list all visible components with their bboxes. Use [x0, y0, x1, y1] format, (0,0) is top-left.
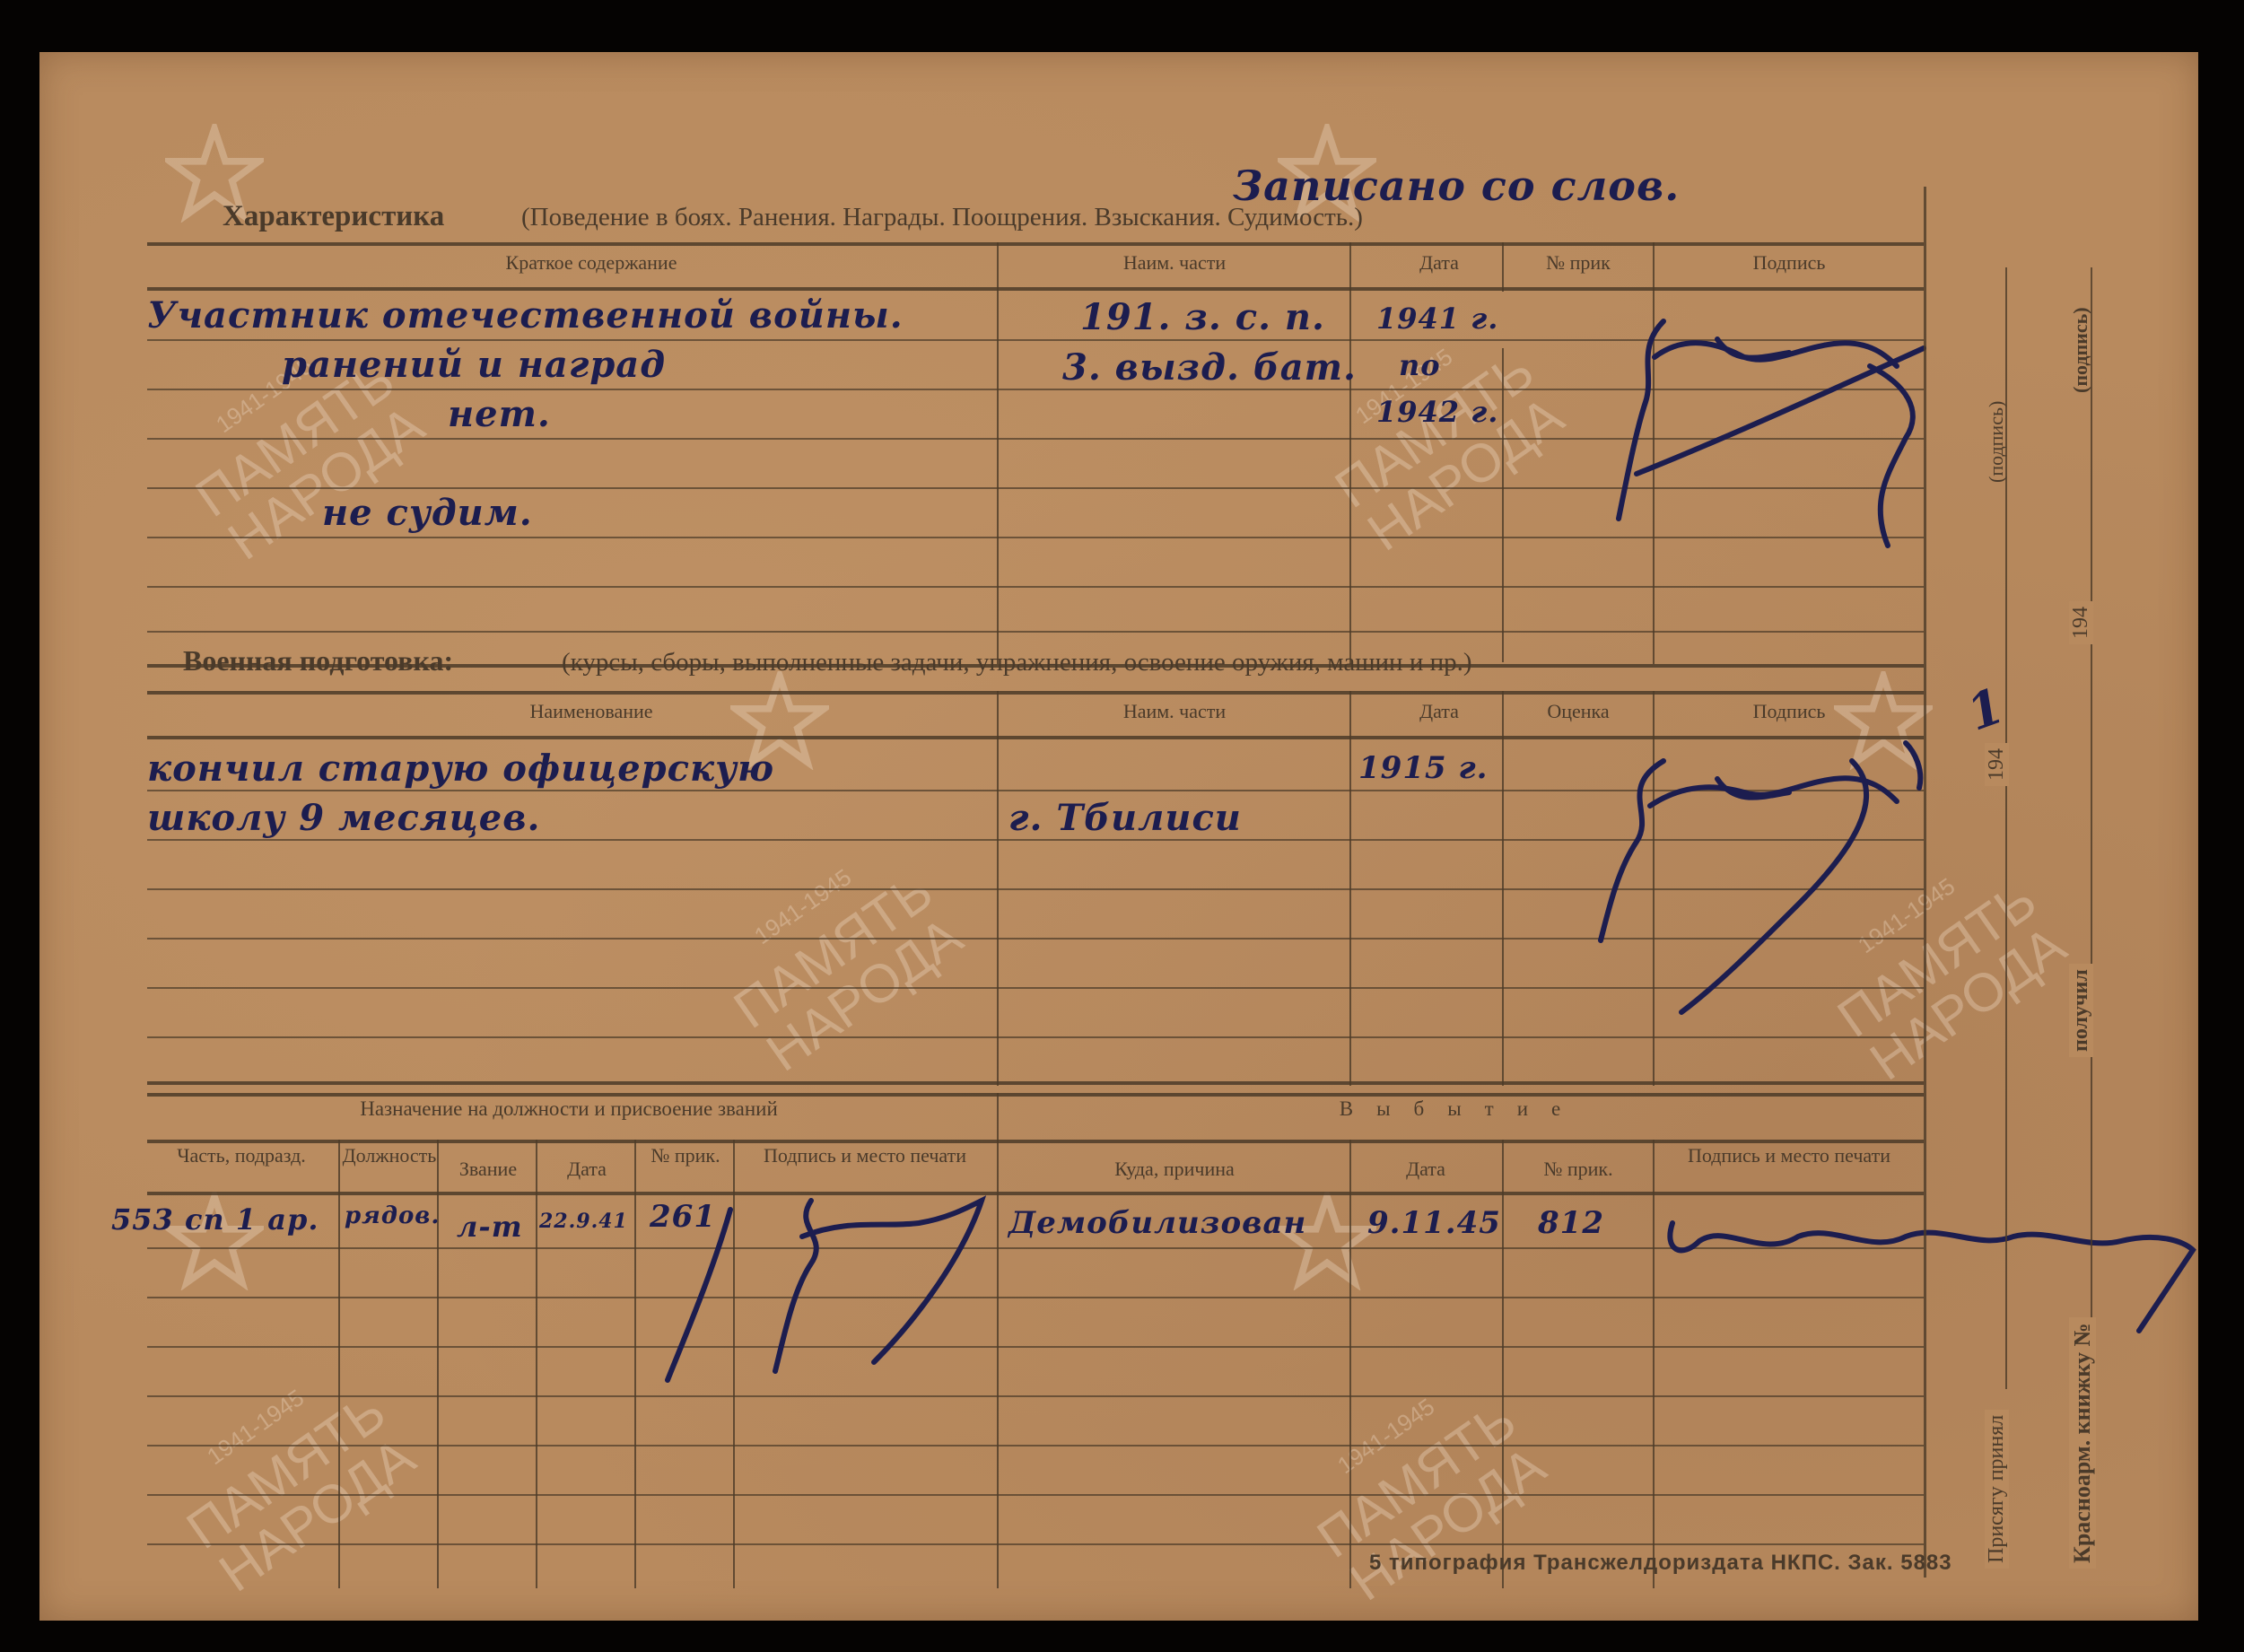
row-line [147, 631, 1924, 633]
departure-order: 812 [1538, 1205, 1604, 1241]
side-oath-label: Присягу принял [1985, 1410, 2009, 1569]
col-divider [997, 242, 999, 664]
characteristic-date-from: 1941 г. [1376, 302, 1498, 336]
training-unit: г. Тбилиси [1008, 797, 1242, 839]
training-name-line-1: кончил старую офицерскую [147, 747, 774, 790]
appointment-position: рядов. [345, 1202, 440, 1229]
col-header-order: № прик. [1502, 1158, 1655, 1181]
col-header-date: Дата [1349, 1158, 1502, 1181]
divider [147, 287, 1924, 291]
row-line [147, 1494, 1924, 1496]
col-header-position: Должность [340, 1145, 439, 1167]
characteristic-title: Характеристика [223, 200, 444, 233]
side-column-border [1924, 187, 1926, 1578]
row-line [147, 1346, 1924, 1348]
col-header-unit-subdivision: Часть, подразд. [147, 1145, 336, 1167]
col-header-unit: Наим. части [1000, 251, 1349, 275]
col-header-date: Дата [537, 1158, 636, 1181]
characteristic-content-line-5: не судим. [322, 492, 533, 534]
col-header-rank: Звание [439, 1158, 537, 1181]
departure-title: Выбытие [1000, 1097, 1924, 1121]
side-signature-label-1: (подпись) [1985, 401, 2008, 483]
watermark: 1941-1945 ПАМЯТЬ НАРОДА [694, 819, 973, 1081]
characteristic-subtitle: (Поведение в боях. Ранения. Награды. Поо… [521, 203, 1363, 232]
col-header-signature-seal: Подпись и место печати [735, 1145, 995, 1167]
divider [147, 1081, 1924, 1085]
watermark: 1941-1945 ПАМЯТЬ НАРОДА [147, 1340, 425, 1602]
training-name-line-2: школу 9 месяцев. [147, 797, 540, 839]
row-line [147, 1445, 1924, 1447]
training-title: Военная подготовка: [183, 644, 453, 677]
side-received-label: получил [2069, 964, 2093, 1057]
divider [147, 1093, 1924, 1097]
appointment-rank: л-т [457, 1210, 523, 1244]
col-divider [1349, 1140, 1351, 1588]
col-divider [536, 1140, 537, 1588]
signature-scribble [1601, 294, 1942, 590]
col-header-grade: Оценка [1502, 700, 1655, 723]
col-divider [338, 1140, 340, 1588]
row-line [147, 1395, 1924, 1397]
signature-scribble [1565, 725, 1942, 1021]
characteristic-unit-line-2: 3. вызд. бат. [1062, 346, 1357, 389]
col-header-summary: Краткое содержание [147, 251, 1035, 275]
characteristic-content-line-1: Участник отечественной войны. [147, 294, 904, 337]
printer-imprint: 5 типография Трансжелдориздата НКПС. Зак… [1369, 1551, 1952, 1576]
appointment-date: 22.9.41 [539, 1210, 628, 1233]
col-header-order: № прик. [636, 1145, 735, 1167]
signature-scribble [650, 1174, 1026, 1389]
divider [147, 691, 1924, 695]
characteristic-content-line-3: нет. [448, 393, 551, 435]
characteristic-date-to: 1942 г. [1376, 395, 1498, 429]
col-header-where-reason: Куда, причина [1000, 1158, 1349, 1181]
divider [147, 1140, 1924, 1143]
training-subtitle: (курсы, сборы, выполненные задачи, упраж… [562, 648, 1472, 677]
col-header-unit: Наим. части [1000, 700, 1349, 723]
col-divider [1502, 1140, 1504, 1588]
training-date: 1915 г. [1358, 750, 1488, 786]
col-header-signature: Подпись [1655, 700, 1924, 723]
record-card: 1941-1945 ПАМЯТЬ НАРОДА 1941-1945 ПАМЯТЬ… [39, 52, 2198, 1621]
col-header-signature: Подпись [1655, 251, 1924, 275]
row-line [147, 1543, 1924, 1545]
col-header-signature-seal: Подпись и место печати [1655, 1145, 1924, 1167]
side-year-prefix-2: 194 [1985, 743, 2009, 786]
side-year-prefix-1: 194 [2069, 601, 2093, 644]
appointment-unit: 553 сп 1 ар. [111, 1202, 319, 1237]
characteristic-content-line-2: ранений и наград [282, 344, 666, 386]
col-divider [634, 1140, 636, 1588]
side-line [2091, 267, 2092, 1461]
characteristic-date-to-label: по [1399, 348, 1441, 382]
col-header-name: Наименование [147, 700, 1035, 723]
side-book-label: Красноарм. книжку № [2069, 1317, 2096, 1569]
col-header-order: № прик [1502, 251, 1655, 275]
side-year-handwritten: 1 [1960, 676, 2012, 741]
departure-date: 9.11.45 [1367, 1205, 1501, 1241]
col-divider [1502, 348, 1504, 662]
departure-where-reason: Демобилизован [1008, 1205, 1306, 1241]
side-signature-label-2: (подпись) [2069, 307, 2092, 393]
col-divider [1349, 242, 1351, 664]
appointments-title: Назначение на должности и присвоение зва… [147, 1097, 991, 1121]
col-divider [1502, 242, 1504, 292]
characteristic-unit-line-1: 191. з. с. п. [1080, 296, 1325, 338]
row-line [147, 1036, 1924, 1038]
signature-scribble [1655, 1187, 2211, 1340]
divider [147, 242, 1924, 246]
